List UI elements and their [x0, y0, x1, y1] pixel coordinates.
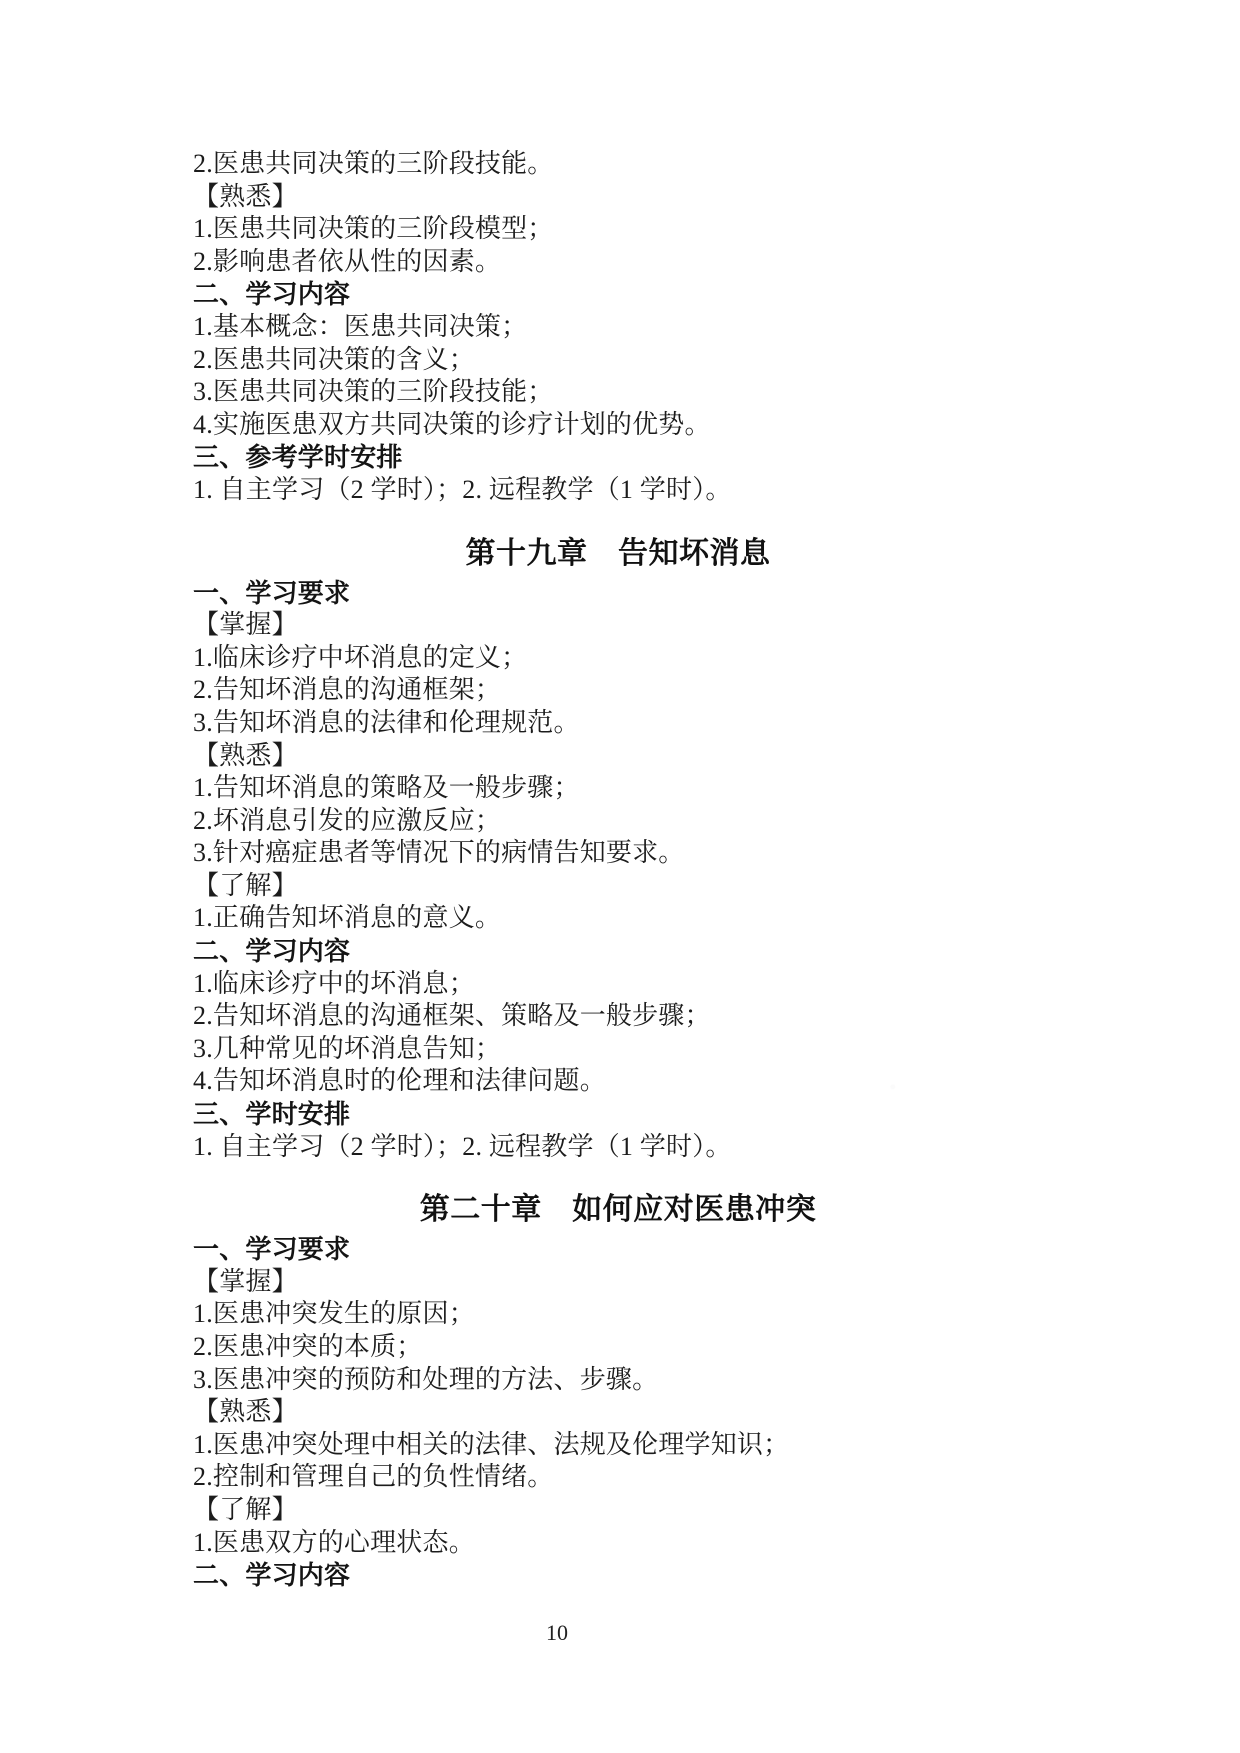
document-body: 2.医患共同决策的三阶段技能。 【熟悉】 1.医患共同决策的三阶段模型； 2.影… — [193, 148, 1043, 1592]
doc-line: 1. 自主学习（2 学时）；2. 远程教学（1 学时）。 — [193, 474, 1043, 507]
section-heading-study-content: 二、学习内容 — [193, 278, 1043, 311]
doc-line: 【熟悉】 — [193, 181, 1043, 214]
doc-line: 【掌握】 — [193, 1266, 1043, 1299]
doc-line: 1.临床诊疗中坏消息的定义； — [193, 642, 1043, 675]
doc-line: 1.正确告知坏消息的意义。 — [193, 902, 1043, 935]
doc-line: 【熟悉】 — [193, 740, 1043, 773]
doc-line: 2.医患共同决策的含义； — [193, 344, 1043, 377]
doc-line: 1.告知坏消息的策略及一般步骤； — [193, 772, 1043, 805]
doc-line: 2.控制和管理自己的负性情绪。 — [193, 1461, 1043, 1494]
section-heading-reference-hours: 三、参考学时安排 — [193, 441, 1043, 474]
doc-line: 3.几种常见的坏消息告知； — [193, 1033, 1043, 1066]
doc-line: 2.告知坏消息的沟通框架、策略及一般步骤； — [193, 1000, 1043, 1033]
doc-line: 2.影响患者依从性的因素。 — [193, 246, 1043, 279]
doc-line: 3.医患共同决策的三阶段技能； — [193, 376, 1043, 409]
doc-line: 1.临床诊疗中的坏消息； — [193, 968, 1043, 1001]
section-heading-class-hours: 三、学时安排 — [193, 1098, 1043, 1131]
section-heading-study-content: 二、学习内容 — [193, 935, 1043, 968]
scanned-document-page: 2.医患共同决策的三阶段技能。 【熟悉】 1.医患共同决策的三阶段模型； 2.影… — [0, 0, 1240, 1753]
doc-line: 【熟悉】 — [193, 1396, 1043, 1429]
page-number: 10 — [0, 1620, 1114, 1646]
doc-line: 【了解】 — [193, 1494, 1043, 1527]
doc-line: 1.基本概念：医患共同决策； — [193, 311, 1043, 344]
section-heading-study-requirements: 一、学习要求 — [193, 577, 1043, 610]
section-heading-study-requirements: 一、学习要求 — [193, 1233, 1043, 1266]
doc-line: 【掌握】 — [193, 609, 1043, 642]
doc-line: 3.针对癌症患者等情况下的病情告知要求。 — [193, 837, 1043, 870]
chapter-19-title: 第十九章 告知坏消息 — [193, 531, 1043, 577]
doc-line: 2.医患共同决策的三阶段技能。 — [193, 148, 1043, 181]
doc-line: 1.医患双方的心理状态。 — [193, 1527, 1043, 1560]
doc-line: 1. 自主学习（2 学时）；2. 远程教学（1 学时）。 — [193, 1131, 1043, 1164]
doc-line: 2.医患冲突的本质； — [193, 1331, 1043, 1364]
doc-line: 1.医患冲突处理中相关的法律、法规及伦理学知识； — [193, 1429, 1043, 1462]
doc-line: 【了解】 — [193, 870, 1043, 903]
doc-line: 2.告知坏消息的沟通框架； — [193, 674, 1043, 707]
doc-line: 2.坏消息引发的应激反应； — [193, 805, 1043, 838]
doc-line: 4.告知坏消息时的伦理和法律问题。 — [193, 1065, 1043, 1098]
doc-line: 1.医患共同决策的三阶段模型； — [193, 213, 1043, 246]
chapter-20-title: 第二十章 如何应对医患冲突 — [193, 1187, 1043, 1233]
doc-line: 1.医患冲突发生的原因； — [193, 1298, 1043, 1331]
doc-line: 3.告知坏消息的法律和伦理规范。 — [193, 707, 1043, 740]
section-heading-study-content: 二、学习内容 — [193, 1559, 1043, 1592]
doc-line: 4.实施医患双方共同决策的诊疗计划的优势。 — [193, 409, 1043, 442]
doc-line: 3.医患冲突的预防和处理的方法、步骤。 — [193, 1364, 1043, 1397]
